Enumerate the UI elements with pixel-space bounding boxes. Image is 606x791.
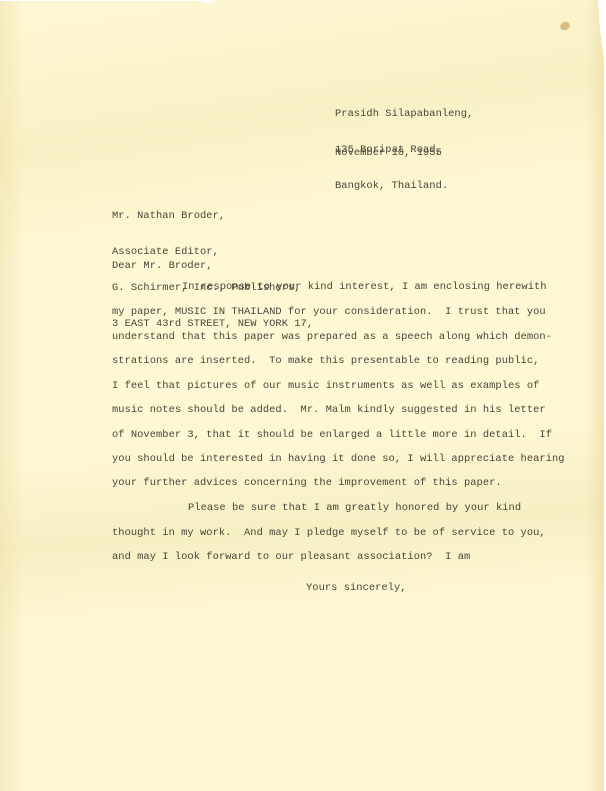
body-line: of November 3, that it should be enlarge… — [112, 429, 552, 441]
closing: Yours sincerely, — [306, 582, 407, 594]
letter-date: November 10, 1955 — [335, 147, 442, 159]
salutation: Dear Mr. Broder, — [112, 260, 213, 272]
recipient-address: 3 EAST 43rd STREET, NEW YORK 17, — [112, 318, 313, 330]
body-line: In response to your kind interest, I am … — [182, 281, 547, 293]
body-line: Please be sure that I am greatly honored… — [188, 502, 521, 514]
body-line: and may I look forward to our pleasant a… — [112, 551, 470, 563]
body-line: strations are inserted. To make this pre… — [112, 355, 539, 367]
body-line: music notes should be added. Mr. Malm ki… — [112, 404, 546, 416]
sender-name: Prasidh Silapabanleng, — [335, 108, 473, 120]
letter-paper — [0, 0, 604, 791]
body-line: my paper, MUSIC IN THAILAND for your con… — [112, 306, 546, 318]
body-line: understand that this paper was prepared … — [112, 331, 552, 343]
body-line: thought in my work. And may I pledge mys… — [112, 527, 546, 539]
body-line: you should be interested in having it do… — [112, 453, 565, 465]
sender-city: Bangkok, Thailand. — [335, 180, 473, 192]
recipient-name: Mr. Nathan Broder, — [112, 210, 313, 222]
body-line: I feel that pictures of our music instru… — [112, 380, 539, 392]
body-line: your further advices concerning the impr… — [112, 477, 502, 489]
sender-address-block: Prasidh Silapabanleng, 135 Boripat Road,… — [335, 84, 473, 204]
recipient-title: Associate Editor, — [112, 246, 313, 258]
